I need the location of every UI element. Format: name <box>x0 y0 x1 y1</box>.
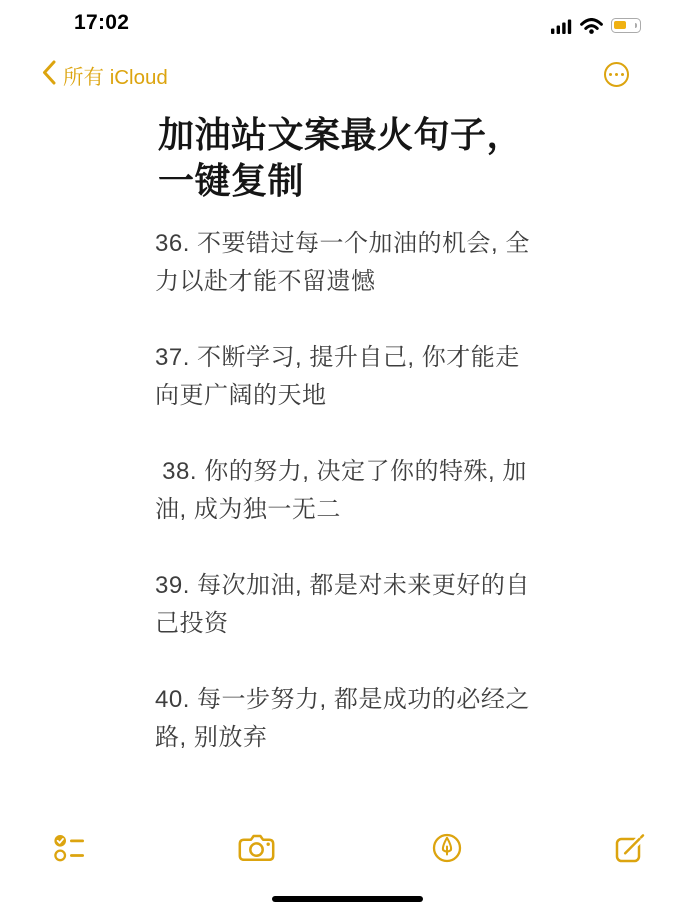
note-title: 加油站文案最火句子， 一键复制 <box>158 112 578 204</box>
battery-icon <box>611 18 637 33</box>
back-button[interactable]: 所有 iCloud <box>42 60 168 90</box>
note-title-line-2: 一键复制 <box>158 158 578 204</box>
note-title-line-1: 加油站文案最火句子， <box>158 112 578 158</box>
ellipsis-icon <box>609 73 612 76</box>
camera-button[interactable] <box>234 827 278 871</box>
status-icons <box>551 18 637 34</box>
chevron-left-icon <box>42 60 56 90</box>
home-indicator[interactable] <box>272 896 423 902</box>
wifi-icon <box>580 18 603 39</box>
compose-icon <box>615 832 646 866</box>
note-item-36: 36. 不要错过每一个加油的机会, 全 力以赴才能不留遗憾 <box>155 225 551 301</box>
checklist-button[interactable] <box>47 827 91 871</box>
camera-icon <box>238 833 275 865</box>
notes-app-screen: 17:02 所有 iCloud <box>0 0 684 912</box>
markup-pen-icon <box>432 833 462 866</box>
note-item-38: 38. 你的努力, 决定了你的特殊, 加 油, 成为独一无二 <box>155 453 551 529</box>
status-time: 17:02 <box>74 11 129 35</box>
note-item-39: 39. 每次加油, 都是对未来更好的自 己投资 <box>155 567 551 643</box>
note-item-40: 40. 每一步努力, 都是成功的必经之 路, 别放弃 <box>155 681 551 757</box>
checklist-icon <box>53 833 86 866</box>
cellular-signal-icon <box>551 19 572 39</box>
markup-button[interactable] <box>425 827 469 871</box>
more-button[interactable] <box>604 62 629 87</box>
note-body[interactable]: 36. 不要错过每一个加油的机会, 全 力以赴才能不留遗憾 37. 不断学习, … <box>155 225 551 795</box>
note-item-37: 37. 不断学习, 提升自己, 你才能走 向更广阔的天地 <box>155 339 551 415</box>
compose-button[interactable] <box>608 827 652 871</box>
back-button-label: 所有 iCloud <box>63 60 168 90</box>
